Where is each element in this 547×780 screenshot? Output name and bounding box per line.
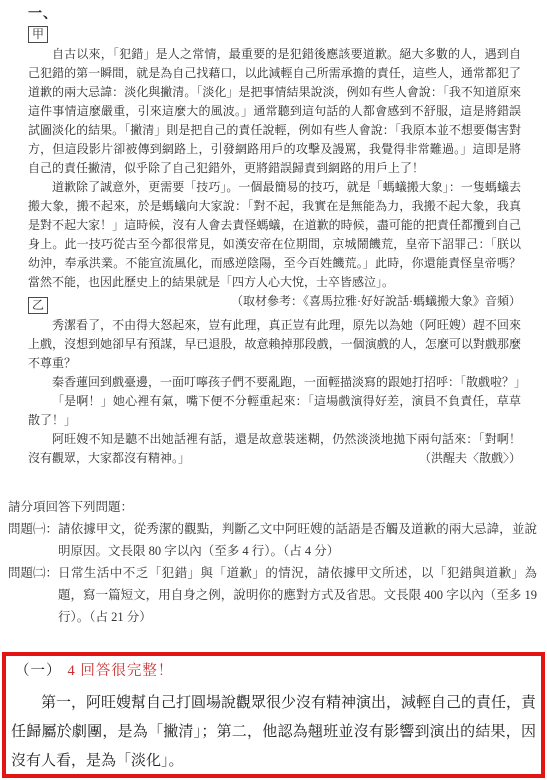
question-2-text: 日常生活中不乏「犯錯」與「道歉」的情況，請依據甲文所述，以「犯錯與道歉」為題，寫… <box>58 562 537 628</box>
question-2-label: 問題㈡： <box>8 562 58 584</box>
feedback-answer-box: （一）4 回答很完整！ 第一，阿旺嫂幫自己打圓場說觀眾很少沒有精神演出，減輕自己… <box>2 652 545 778</box>
question-1-label: 問題㈠： <box>8 518 58 540</box>
passage-b-paragraph-3: 「是啊！」她心裡有氣，嘴下便不分輕重起來：「這場戲演得好差，演員不負責任，草草散… <box>28 392 521 430</box>
feedback-item-number: （一） <box>15 663 62 679</box>
questions-block: 請分項回答下列問題： 問題㈠： 請依據甲文，從秀潔的觀點，判斷乙文中阿旺嫂的話語… <box>8 496 537 628</box>
question-item-1: 問題㈠： 請依據甲文，從秀潔的觀點，判斷乙文中阿旺嫂的話語是否觸及道歉的兩大忌諱… <box>8 518 537 562</box>
passage-a-label-box: 甲 <box>28 26 48 43</box>
section-number: 一、 <box>28 6 547 23</box>
passage-b-paragraph-4: 阿旺嫂不知是聽不出她話裡有話，還是故意裝迷糊，仍然淡淡地拋下兩句話來：「對啊！沒… <box>28 430 521 468</box>
feedback-grade: 4 <box>68 663 76 679</box>
passage-a-text: 自古以來，「犯錯」是人之常情，最重要的是犯錯後應該要道歉。絕大多數的人，遇到自己… <box>28 45 521 292</box>
passage-b-block: 乙 秀潔看了，不由得大怒起來，豈有此理，真正豈有此理，原先以為她（阿旺嫂）趕不回… <box>0 296 547 468</box>
passage-b-label-box: 乙 <box>28 297 48 314</box>
passage-b-paragraph-1: 秀潔看了，不由得大怒起來，豈有此理，真正豈有此理，原先以為她（阿旺嫂）趕不回來上… <box>28 316 521 373</box>
passage-b-text: 秀潔看了，不由得大怒起來，豈有此理，真正豈有此理，原先以為她（阿旺嫂）趕不回來上… <box>28 316 521 468</box>
feedback-answer-text: 第一，阿旺嫂幫自己打圓場說觀眾很少沒有精神演出，減輕自己的責任，責任歸屬於劇團，… <box>11 689 536 776</box>
passage-b-paragraph-2: 秦香蓮回到戲臺邊，一面叮嚀孩子們不要亂跑，一面輕描淡寫的跟她打招呼：「散戲啦？」 <box>28 373 521 392</box>
passage-b-attribution: （洪醒夫〈散戲〉） <box>395 449 521 468</box>
passage-a-paragraph-2: 道歉除了誠意外，更需要「技巧」。一個最簡易的技巧，就是「螞蟻搬大象」：一隻螞蟻去… <box>28 178 521 292</box>
exam-document-page: { "page": { "section_number": "一、", "pas… <box>0 0 547 780</box>
feedback-heading: （一）4 回答很完整！ <box>15 662 536 680</box>
questions-intro: 請分項回答下列問題： <box>8 496 537 518</box>
feedback-comment: 回答很完整！ <box>80 663 173 679</box>
passage-a-block: 一、 甲 自古以來，「犯錯」是人之常情，最重要的是犯錯後應該要道歉。絕大多數的人… <box>0 6 547 311</box>
question-1-text: 請依據甲文，從秀潔的觀點，判斷乙文中阿旺嫂的話語是否觸及道歉的兩大忌諱，並說明原… <box>58 518 537 562</box>
question-item-2: 問題㈡： 日常生活中不乏「犯錯」與「道歉」的情況，請依據甲文所述，以「犯錯與道歉… <box>8 562 537 628</box>
passage-a-paragraph-1: 自古以來，「犯錯」是人之常情，最重要的是犯錯後應該要道歉。絕大多數的人，遇到自己… <box>28 45 521 178</box>
